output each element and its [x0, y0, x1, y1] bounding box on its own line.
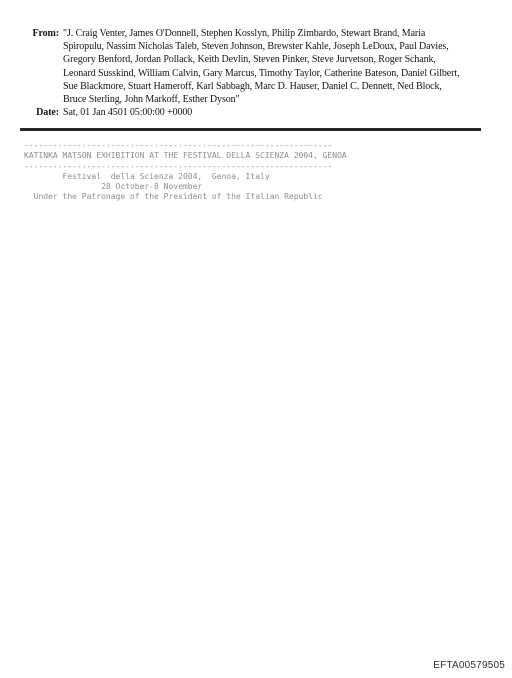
separator-dashes: ----------------------------------------…: [24, 141, 347, 151]
body-line: Under the Patronage of the President of …: [24, 192, 347, 202]
from-line: "J. Craig Venter, James O'Donnell, Steph…: [63, 27, 459, 40]
date-label: Date:: [0, 106, 63, 119]
document-page: From: "J. Craig Venter, James O'Donnell,…: [0, 0, 512, 678]
body-line: Festival della Scienza 2004, Genoa, Ital…: [24, 172, 347, 182]
from-line: Gregory Benford, Jordan Pollack, Keith D…: [63, 53, 459, 66]
from-line: Leonard Susskind, William Calvin, Gary M…: [63, 67, 459, 80]
body-title: KATINKA MATSON EXHIBITION AT THE FESTIVA…: [24, 151, 347, 161]
body-line: 28 October-8 November: [24, 182, 347, 192]
bates-number: EFTA00579505: [433, 659, 505, 672]
email-body: ----------------------------------------…: [24, 141, 347, 203]
from-label: From:: [0, 27, 63, 40]
from-line: Sue Blackmore, Stuart Hameroff, Karl Sab…: [63, 80, 459, 93]
from-row: From: "J. Craig Venter, James O'Donnell,…: [0, 27, 490, 106]
from-value: "J. Craig Venter, James O'Donnell, Steph…: [63, 27, 459, 106]
from-line: Bruce Sterling, John Markoff, Esther Dys…: [63, 93, 459, 106]
header-divider-rule: [20, 128, 481, 131]
email-header: From: "J. Craig Venter, James O'Donnell,…: [0, 27, 490, 119]
date-line: Sat, 01 Jan 4501 05:00:00 +0000: [63, 106, 192, 119]
date-value: Sat, 01 Jan 4501 05:00:00 +0000: [63, 106, 192, 119]
from-line: Spiropulu, Nassim Nicholas Taleb, Steven…: [63, 40, 459, 53]
separator-dashes: ----------------------------------------…: [24, 162, 347, 172]
date-row: Date: Sat, 01 Jan 4501 05:00:00 +0000: [0, 106, 490, 119]
